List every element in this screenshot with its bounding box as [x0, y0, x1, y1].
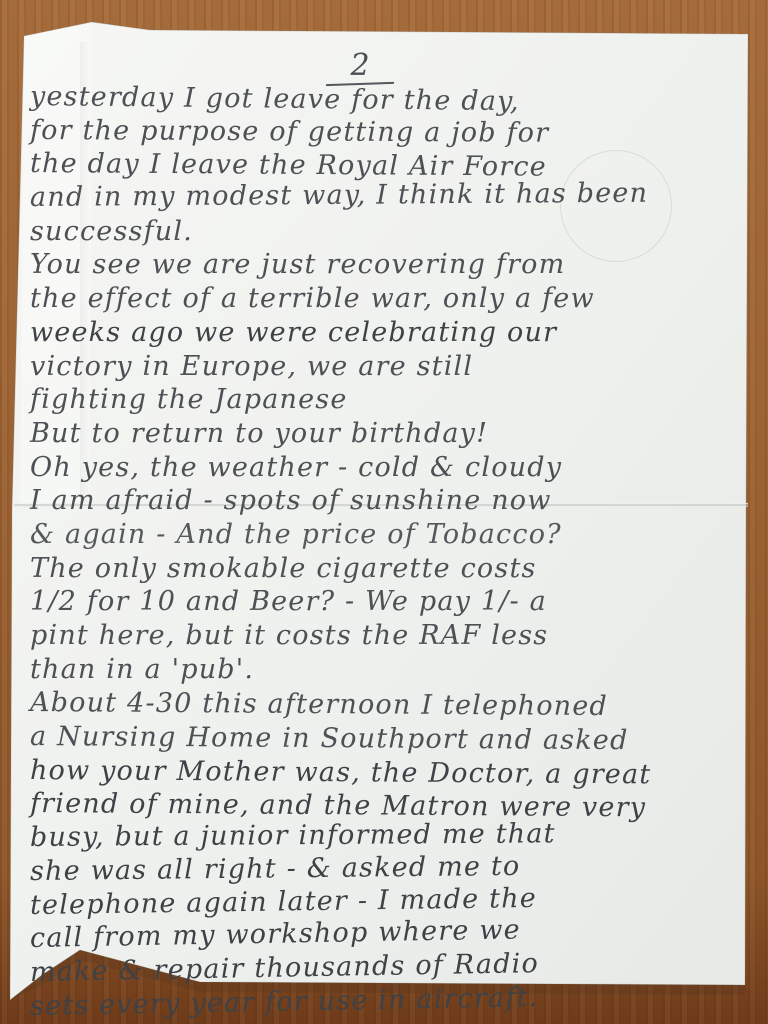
letter-line: the effect of a terrible war, only a few — [30, 282, 730, 316]
letter-line: & again - And the price of Tobacco? — [30, 518, 730, 552]
letter-line: victory in Europe, we are still — [30, 350, 730, 384]
letter-line: successful. — [30, 215, 730, 249]
page-number: 2 — [320, 48, 400, 83]
letter-sheet: 2 yesterday I got leave for the day, for… — [0, 0, 768, 1024]
letter-line: About 4-30 this afternoon I telephoned — [30, 686, 730, 725]
letter-line: fighting the Japanese — [30, 383, 730, 417]
letter-line: I am afraid - spots of sunshine now — [30, 484, 730, 518]
letter-line: how your Mother was, the Doctor, a great — [30, 754, 730, 793]
letter-line: than in a 'pub'. — [30, 653, 730, 687]
letter-line: a Nursing Home in Southport and asked — [30, 720, 730, 759]
letter-line: The only smokable cigarette costs — [30, 552, 730, 586]
letter-line: and in my modest way, I think it has bee… — [30, 176, 730, 215]
letter-line: weeks ago we were celebrating our — [30, 316, 730, 350]
letter-line: Oh yes, the weather - cold & cloudy — [30, 451, 730, 485]
letter-line: You see we are just recovering from — [30, 248, 730, 282]
letter-line: for the purpose of getting a job for — [30, 114, 730, 151]
letter-line: pint here, but it costs the RAF less — [30, 619, 730, 653]
letter-line: 1/2 for 10 and Beer? - We pay 1/- a — [30, 585, 730, 619]
letter-body: yesterday I got leave for the day, for t… — [30, 80, 730, 1023]
letter-line: But to return to your birthday! — [30, 417, 730, 451]
